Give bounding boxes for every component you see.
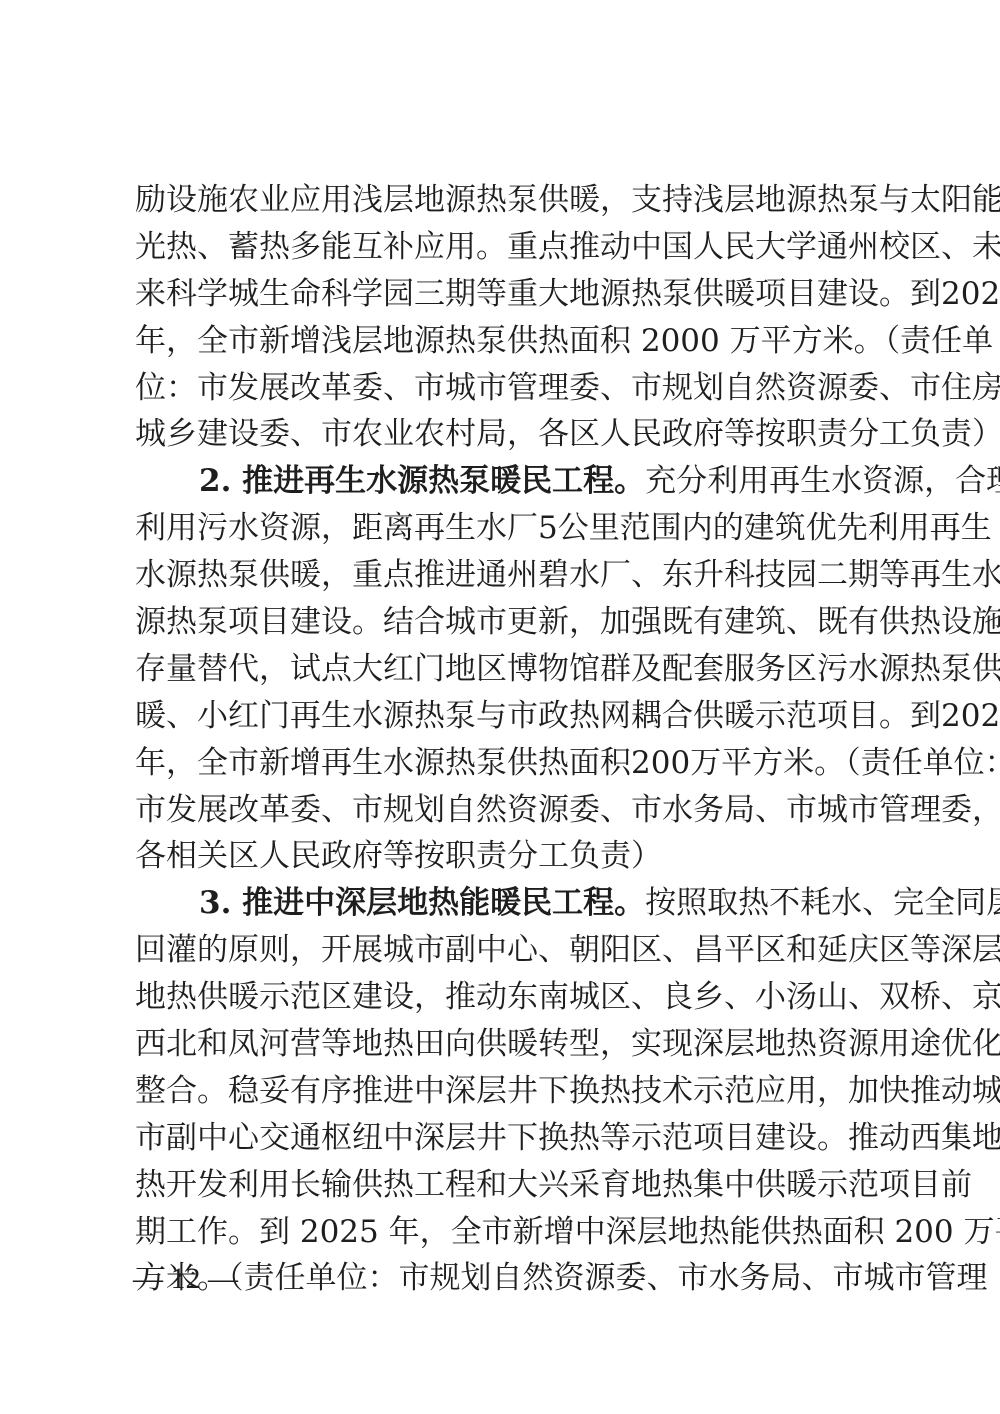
text-line: 暖、小红门再生水源热泵与市政热网耦合供暖示范项目。到2025	[135, 693, 877, 740]
text-line: 年，全市新增浅层地源热泵供热面积 2000 万平方米。（责任单	[135, 318, 877, 365]
section-3-lead-text: 按照取热不耗水、完全同层	[645, 885, 1000, 921]
text-line: 西北和凤河营等地热田向供暖转型，实现深层地热资源用途优化	[135, 1021, 877, 1068]
section-2-lead-text: 充分利用再生水资源，合理	[645, 463, 1000, 499]
text-line: 利用污水资源，距离再生水厂5公里范围内的建筑优先利用再生	[135, 505, 877, 552]
text-line: 来科学城生命科学园三期等重大地源热泵供暖项目建设。到2025	[135, 271, 877, 318]
text-line: 方米。（责任单位：市规划自然资源委、市水务局、市城市管理	[135, 1255, 877, 1302]
text-line: 整合。稳妥有序推进中深层井下换热技术示范应用，加快推动城	[135, 1068, 877, 1115]
section-heading-2: 2. 推进再生水源热泵暖民工程。	[199, 463, 645, 499]
section-2-first-line: 2. 推进再生水源热泵暖民工程。充分利用再生水资源，合理	[135, 458, 877, 505]
text-line: 热开发利用长输供热工程和大兴采育地热集中供暖示范项目前	[135, 1162, 877, 1209]
text-line: 水源热泵供暖，重点推进通州碧水厂、东升科技园二期等再生水	[135, 552, 877, 599]
text-line: 励设施农业应用浅层地源热泵供暖，支持浅层地源热泵与太阳能	[135, 177, 877, 224]
section-3-first-line: 3. 推进中深层地热能暖民工程。按照取热不耗水、完全同层	[135, 880, 877, 927]
text-line: 城乡建设委、市农业农村局，各区人民政府等按职责分工负责）	[135, 411, 877, 458]
text-line: 期工作。到 2025 年，全市新增中深层地热能供热面积 200 万平	[135, 1209, 877, 1256]
text-line: 光热、蓄热多能互补应用。重点推动中国人民大学通州校区、未	[135, 224, 877, 271]
text-line: 市发展改革委、市规划自然资源委、市水务局、市城市管理委，	[135, 787, 877, 834]
text-line: 源热泵项目建设。结合城市更新，加强既有建筑、既有供热设施	[135, 599, 877, 646]
text-line: 各相关区人民政府等按职责分工负责）	[135, 833, 877, 880]
text-line: 市副中心交通枢纽中深层井下换热等示范项目建设。推动西集地	[135, 1115, 877, 1162]
document-page: 励设施农业应用浅层地源热泵供暖，支持浅层地源热泵与太阳能 光热、蓄热多能互补应用…	[0, 0, 1000, 1414]
text-line: 回灌的原则，开展城市副中心、朝阳区、昌平区和延庆区等深层	[135, 927, 877, 974]
text-line: 存量替代，试点大红门地区博物馆群及配套服务区污水源热泵供	[135, 646, 877, 693]
page-number: — 12 —	[133, 1262, 238, 1296]
document-body: 励设施农业应用浅层地源热泵供暖，支持浅层地源热泵与太阳能 光热、蓄热多能互补应用…	[135, 177, 877, 1302]
section-heading-3: 3. 推进中深层地热能暖民工程。	[199, 885, 645, 921]
text-line: 地热供暖示范区建设，推动东南城区、良乡、小汤山、双桥、京	[135, 974, 877, 1021]
text-line: 年，全市新增再生水源热泵供热面积200万平方米。（责任单位：	[135, 740, 877, 787]
text-line: 位：市发展改革委、市城市管理委、市规划自然资源委、市住房	[135, 365, 877, 412]
